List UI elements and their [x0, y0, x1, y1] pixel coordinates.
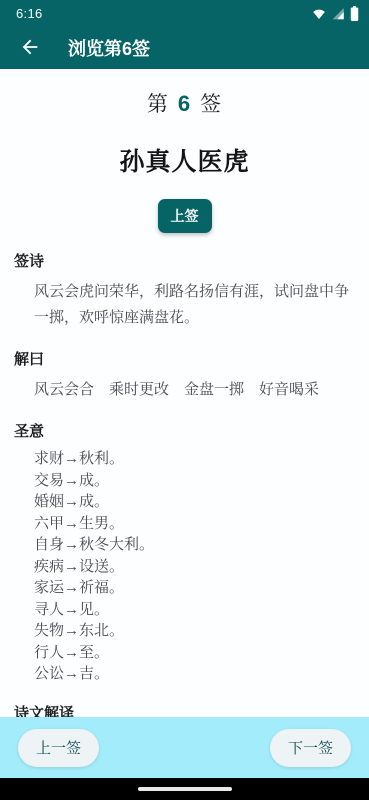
sign-name-title: 孙真人医虎 — [14, 142, 355, 178]
translation-section-header: 诗文解译 — [14, 702, 355, 718]
content-scroll-area[interactable]: 第6签 孙真人医虎 上签 签诗 风云会虎问荣华，利路名扬信有涯，试问盘中争一掷，… — [0, 69, 369, 717]
holy-meaning-item: 六甲→生男。 — [34, 513, 355, 535]
home-indicator[interactable] — [138, 787, 232, 791]
page-title: 浏览第6签 — [68, 35, 150, 61]
explanation-text: 风云会合 乘时更改 金盘一掷 好音喝采 — [14, 377, 355, 403]
holy-meaning-item: 疾病→设送。 — [34, 556, 355, 578]
sign-number-value: 6 — [178, 91, 191, 116]
holy-meaning-item: 寻人→见。 — [34, 599, 355, 621]
holy-meaning-item: 交易→成。 — [34, 470, 355, 492]
holy-meaning-item: 行人→至。 — [34, 642, 355, 664]
sign-number-prefix: 第 — [147, 93, 169, 116]
app-screen: 6:16 浏览第6签 第6签 孙真人医虎 上签 签诗 风云 — [0, 0, 369, 800]
next-sign-button[interactable]: 下一签 — [270, 729, 351, 767]
poem-section-header: 签诗 — [14, 250, 355, 271]
sign-number-suffix: 签 — [200, 93, 222, 116]
grade-button-row: 上签 — [14, 199, 355, 233]
holy-meaning-item: 自身→秋冬大利。 — [34, 534, 355, 556]
wifi-icon — [311, 7, 327, 21]
back-arrow-icon — [19, 36, 41, 61]
holy-meaning-section-header: 圣意 — [14, 420, 355, 441]
gesture-nav-bar — [0, 778, 369, 800]
holy-meaning-item: 求财→秋利。 — [34, 448, 355, 470]
status-bar: 6:16 — [0, 0, 369, 27]
sign-number-line: 第6签 — [14, 88, 355, 118]
battery-icon — [350, 6, 359, 21]
grade-badge-button[interactable]: 上签 — [158, 199, 212, 233]
holy-meaning-item: 家运→祈福。 — [34, 577, 355, 599]
holy-meaning-item: 失物→东北。 — [34, 620, 355, 642]
holy-meaning-item: 婚姻→成。 — [34, 491, 355, 513]
cell-signal-icon — [331, 7, 346, 21]
bottom-bar: 上一签 下一签 — [0, 717, 369, 778]
holy-meaning-item: 公讼→吉。 — [34, 663, 355, 685]
explanation-section-header: 解曰 — [14, 348, 355, 369]
back-button[interactable] — [16, 34, 44, 62]
app-bar: 浏览第6签 — [0, 27, 369, 69]
status-icons — [311, 6, 359, 21]
previous-sign-button[interactable]: 上一签 — [18, 729, 99, 767]
poem-text: 风云会虎问荣华，利路名扬信有涯，试问盘中争一掷，欢呼惊座满盘花。 — [14, 279, 355, 331]
holy-meaning-list: 求财→秋利。 交易→成。 婚姻→成。 六甲→生男。 自身→秋冬大利。 疾病→设送… — [14, 448, 355, 685]
status-time: 6:16 — [16, 6, 43, 21]
